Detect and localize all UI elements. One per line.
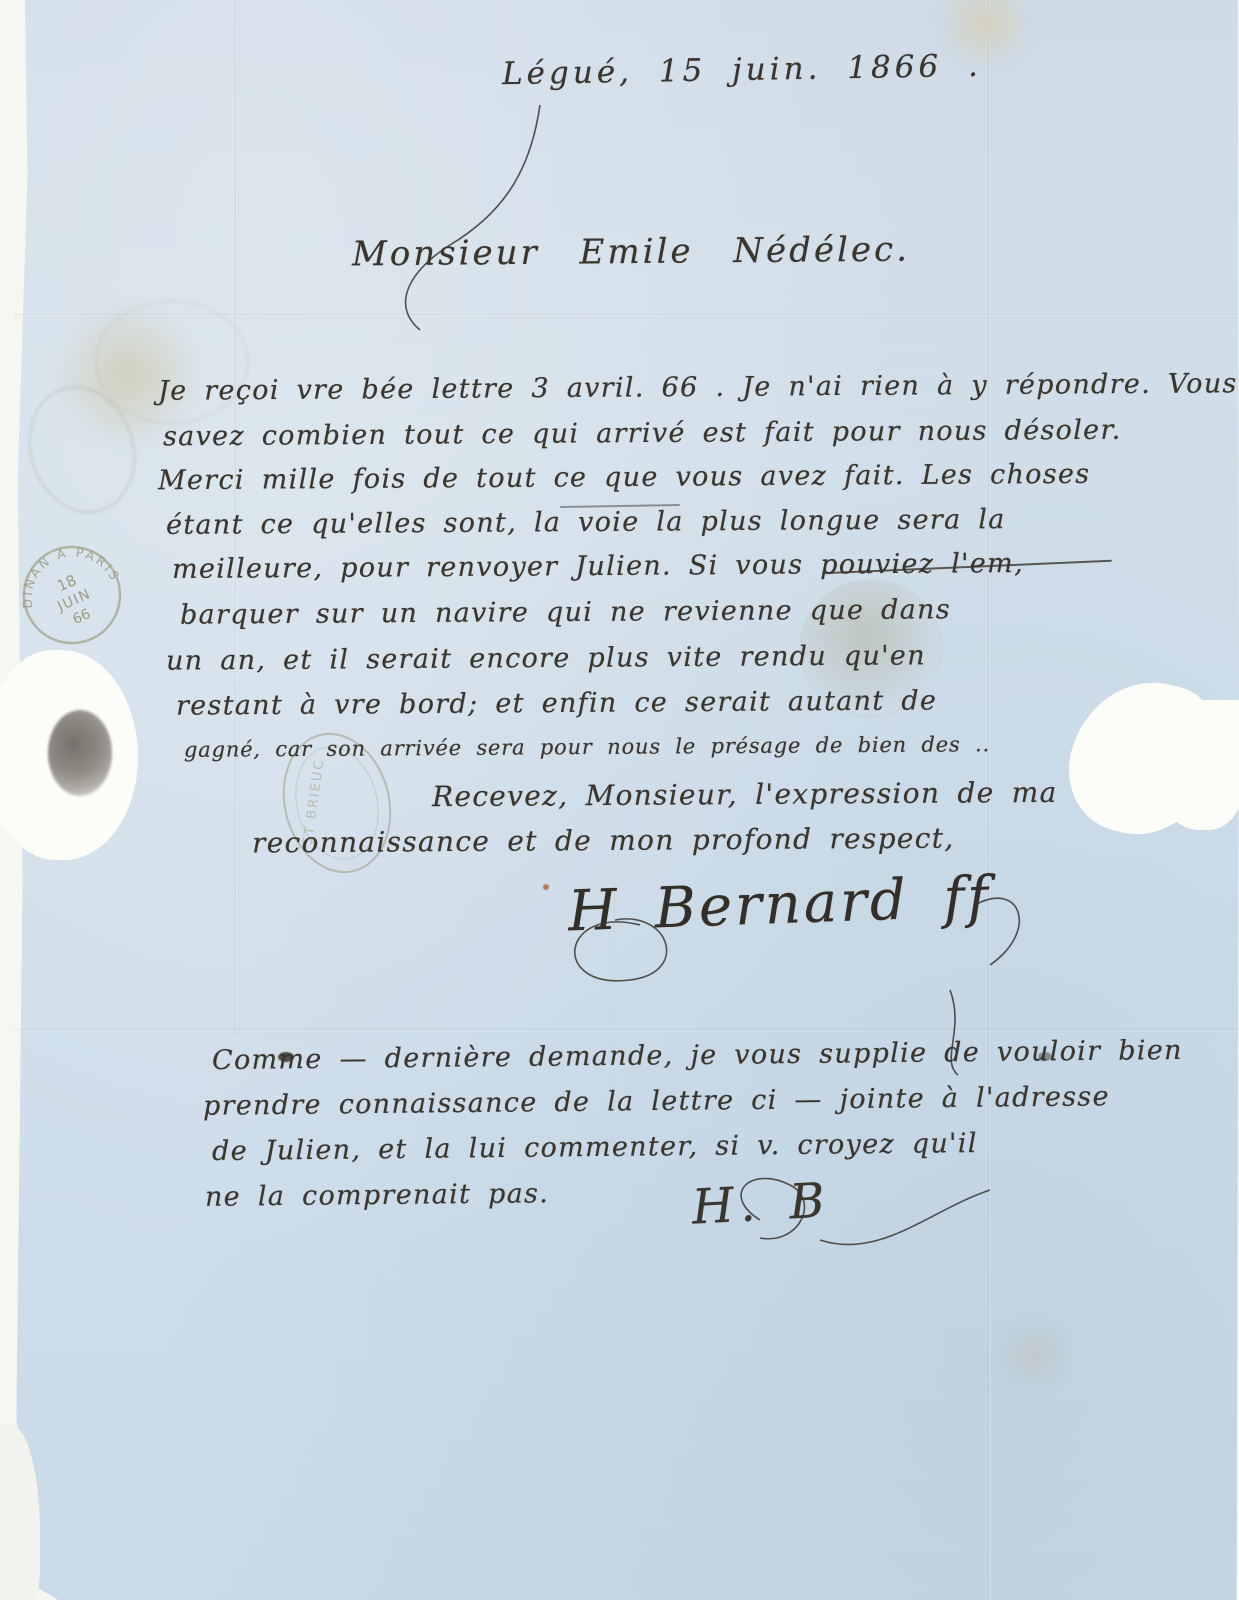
body-line: restant à vre bord; et enfin ce serait a… — [176, 685, 937, 721]
body-line: barquer sur un navire qui ne revienne qu… — [180, 594, 951, 630]
ink-dot-red — [543, 884, 549, 890]
body-line: Merci mille fois de tout ce que vous ave… — [158, 459, 1091, 497]
body-line: étant ce qu'elles sont, la voie la plus … — [166, 504, 1006, 541]
body-line: meilleure, pour renvoyer Julien. Si vous… — [172, 548, 1024, 585]
letter-scan: DINAN A PARIS 18 JUIN 66 ST BRIEUC Légué… — [0, 0, 1239, 1600]
postmark-dinan-a-paris: DINAN A PARIS 18 JUIN 66 — [12, 535, 132, 655]
letter-salutation: Monsieur Emile Nédélec. — [352, 230, 910, 275]
postscript-line: ne la comprenait pas. — [205, 1178, 549, 1213]
wax-seal-remnant — [48, 710, 112, 796]
closing-line: reconnaissance et de mon profond respect… — [252, 822, 955, 860]
body-line: un an, et il serait encore plus vite ren… — [166, 640, 926, 676]
closing-line: Recevez, Monsieur, l'expression de ma — [432, 776, 1058, 813]
postscript-signature-flourish — [700, 1150, 1020, 1270]
pen-flourish-date — [380, 95, 640, 355]
